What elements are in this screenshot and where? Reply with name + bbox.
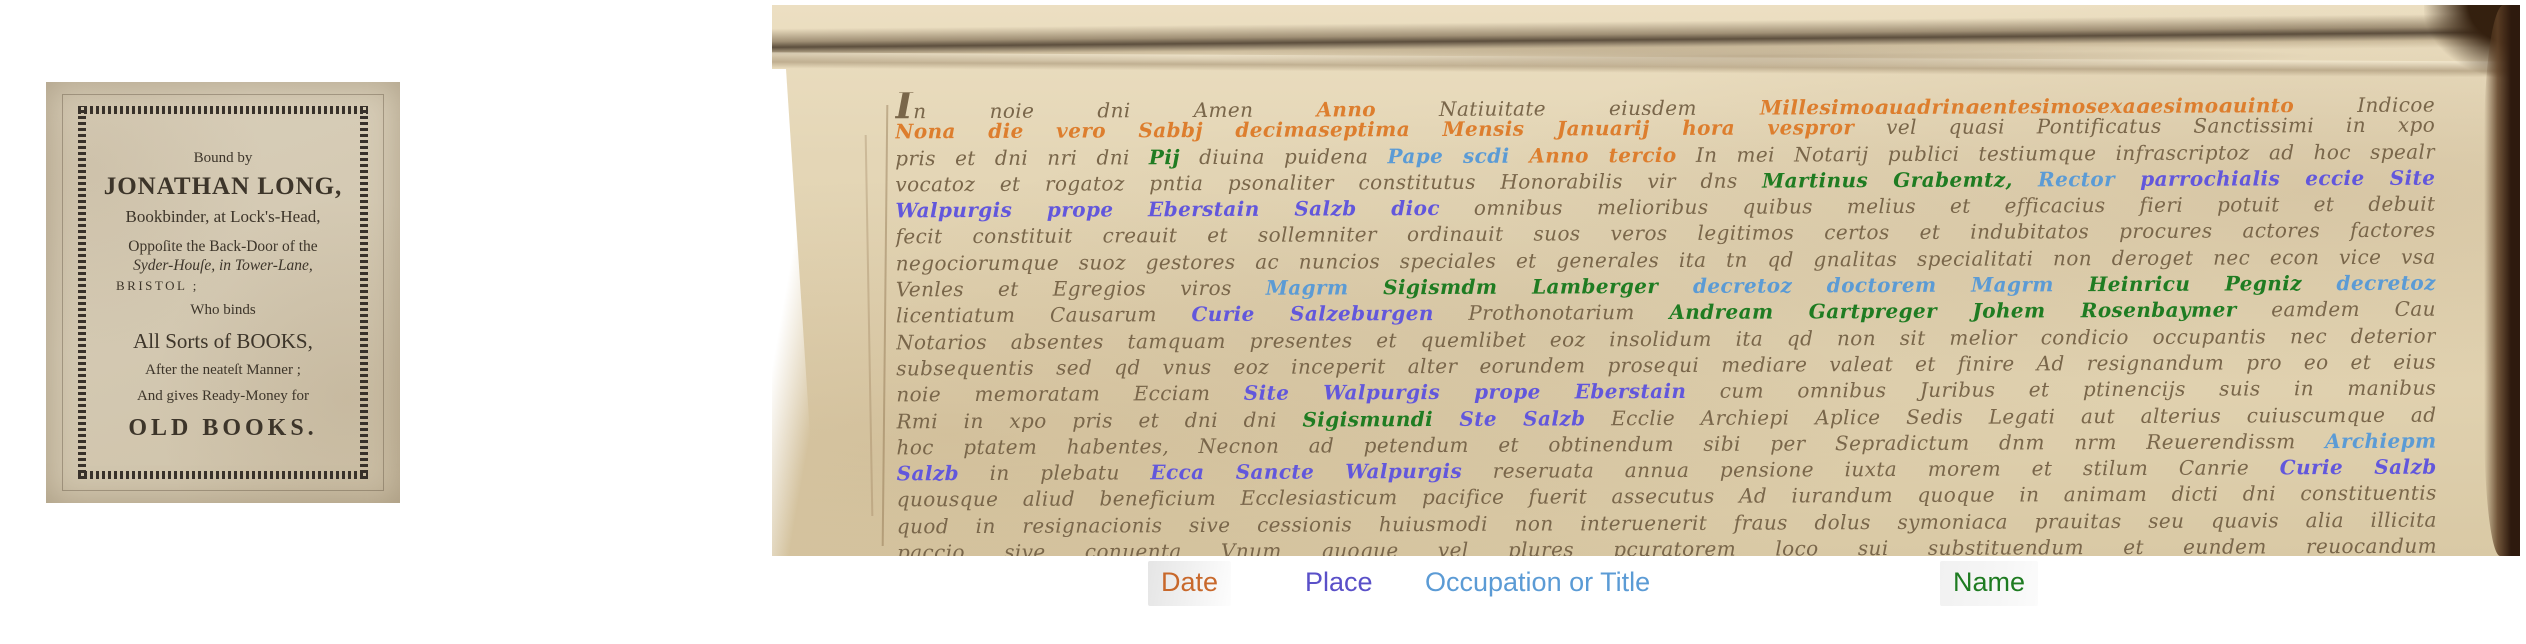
- ornament-border-bottom: [78, 471, 368, 479]
- manuscript-text: In mei Notarij publici testiumque infras…: [1677, 139, 2436, 166]
- manuscript-text: reseruata annua pensione iuxta morem et …: [1462, 455, 2280, 483]
- manuscript-image: In noie dni Amen Anno Natiuitate eiusdem…: [772, 5, 2520, 556]
- bookplate-ornament-frame: Bound byJONATHAN LONG,Bookbinder, at Loc…: [78, 106, 368, 479]
- manuscript-text: Prothonotarium: [1434, 300, 1670, 325]
- legend-place[interactable]: Place: [1292, 561, 1386, 606]
- margin-ruling-line: [882, 105, 889, 546]
- manuscript-text: vel quasi Pontificatus Sanctissimi in xp…: [1854, 113, 2435, 140]
- entity-place: Salzb: [897, 461, 959, 485]
- bookplate-line: BRISTOL ;: [90, 278, 356, 294]
- entity-occupation: Pape scdi: [1387, 143, 1509, 168]
- bookplate-line: OLD BOOKS.: [90, 413, 356, 443]
- bookplate-line: Bound by: [90, 149, 356, 168]
- bookplate-text: Bound byJONATHAN LONG,Bookbinder, at Loc…: [90, 120, 356, 465]
- entity-name: Sigismundi: [1302, 407, 1433, 432]
- entity-date: Anno tercio: [1510, 143, 1677, 168]
- entity-name: Martinus Grabemtz,: [1762, 167, 2013, 192]
- entity-place: parrochialis eccie Site: [2115, 166, 2435, 191]
- manuscript-text: pris et dni nri dni: [895, 145, 1149, 170]
- margin-crease-line: [865, 135, 874, 516]
- bookplate-line: And gives Ready-Money for: [90, 387, 356, 406]
- page-left-edge: [772, 69, 818, 556]
- manuscript-text: licentiatum Causarum: [896, 302, 1192, 327]
- entity-occupation: decretoz: [2302, 271, 2436, 296]
- manuscript-text: omnibus melioribus quibus melius et effi…: [1440, 192, 2436, 220]
- bookplate-line: Who binds: [90, 301, 356, 320]
- manuscript-text: noie memoratam Ecciam: [896, 381, 1244, 407]
- entity-place: Curie Salzb: [2280, 455, 2437, 480]
- book-binding-edge: [2484, 5, 2520, 556]
- manuscript-text: Rmi in xpo pris et dni dni: [896, 407, 1302, 433]
- bookbinder-ticket-image: Bound byJONATHAN LONG,Bookbinder, at Loc…: [46, 82, 400, 503]
- entity-occupation: decretoz doctorem Magrm: [1658, 272, 2054, 298]
- entity-occupation: Archiepm: [2325, 428, 2437, 452]
- legend-date[interactable]: Date: [1148, 561, 1231, 606]
- manuscript-text: Ecclie Archiepi Aplice Sedis Legati aut …: [1585, 402, 2436, 430]
- entity-occupation: Magrm: [1266, 275, 1349, 299]
- entity-date: Anno: [1316, 97, 1376, 118]
- manuscript-text: vocatoz et rogatoz pntia psonaliter cons…: [895, 168, 1762, 196]
- entity-occupation: Rector: [2013, 167, 2115, 191]
- legend-occupation-or-title[interactable]: Occupation or Title: [1412, 561, 1663, 606]
- entity-legend: DatePlaceOccupation or TitleName: [0, 561, 2526, 607]
- parchment-fold-shadow: [1192, 45, 2320, 67]
- entity-name: Sigismdm Lamberger: [1348, 274, 1658, 299]
- ornament-border-left: [78, 106, 86, 479]
- entity-place: Ecca Sancte Walpurgis: [1150, 459, 1462, 484]
- entity-place: Ste Salzb: [1433, 406, 1585, 431]
- manuscript-text: Venles et Egregios viros: [896, 276, 1266, 302]
- bookplate-line: JONATHAN LONG,: [90, 171, 356, 202]
- bookplate-line: Bookbinder, at Lock's-Head,: [90, 206, 356, 227]
- bookplate-line: After the neateſt Manner ;: [90, 361, 356, 380]
- ornament-border-right: [360, 106, 368, 479]
- entity-name: Heinricu Pegniz: [2054, 271, 2302, 296]
- entity-place: Site Walpurgis prope Eberstain: [1244, 379, 1687, 405]
- bookplate-line: Oppoſite the Back-Door of the: [90, 237, 356, 256]
- manuscript-text: eamdem Cau: [2237, 297, 2436, 322]
- manuscript-text: cum omnibus Juribus et ptinencijs suis i…: [1686, 376, 2436, 403]
- figure-canvas: Bound byJONATHAN LONG,Bookbinder, at Loc…: [0, 0, 2526, 644]
- manuscript-text-block: In noie dni Amen Anno Natiuitate eiusdem…: [895, 86, 2437, 556]
- manuscript-text: In noie dni Amen: [895, 98, 1316, 119]
- entity-date: Nona die vero Sabbj decimaseptima Mensis…: [895, 115, 1854, 143]
- manuscript-text: in plebatu: [959, 460, 1150, 485]
- bookplate-line: Syder-Houſe, in Tower-Lane,: [90, 256, 356, 275]
- entity-name: Andream Gartpreger Johem Rosenbaymer: [1669, 298, 2236, 324]
- ornament-border-top: [78, 106, 368, 114]
- manuscript-text: diuina puidena: [1180, 144, 1388, 169]
- entity-name: Pij: [1149, 145, 1180, 169]
- legend-name[interactable]: Name: [1940, 561, 2038, 606]
- bookplate-line: All Sorts of BOOKS,: [90, 328, 356, 354]
- entity-place: Curie Salzeburgen: [1191, 301, 1433, 326]
- entity-place: Walpurgis prope Eberstain Salzb dioc: [895, 196, 1440, 222]
